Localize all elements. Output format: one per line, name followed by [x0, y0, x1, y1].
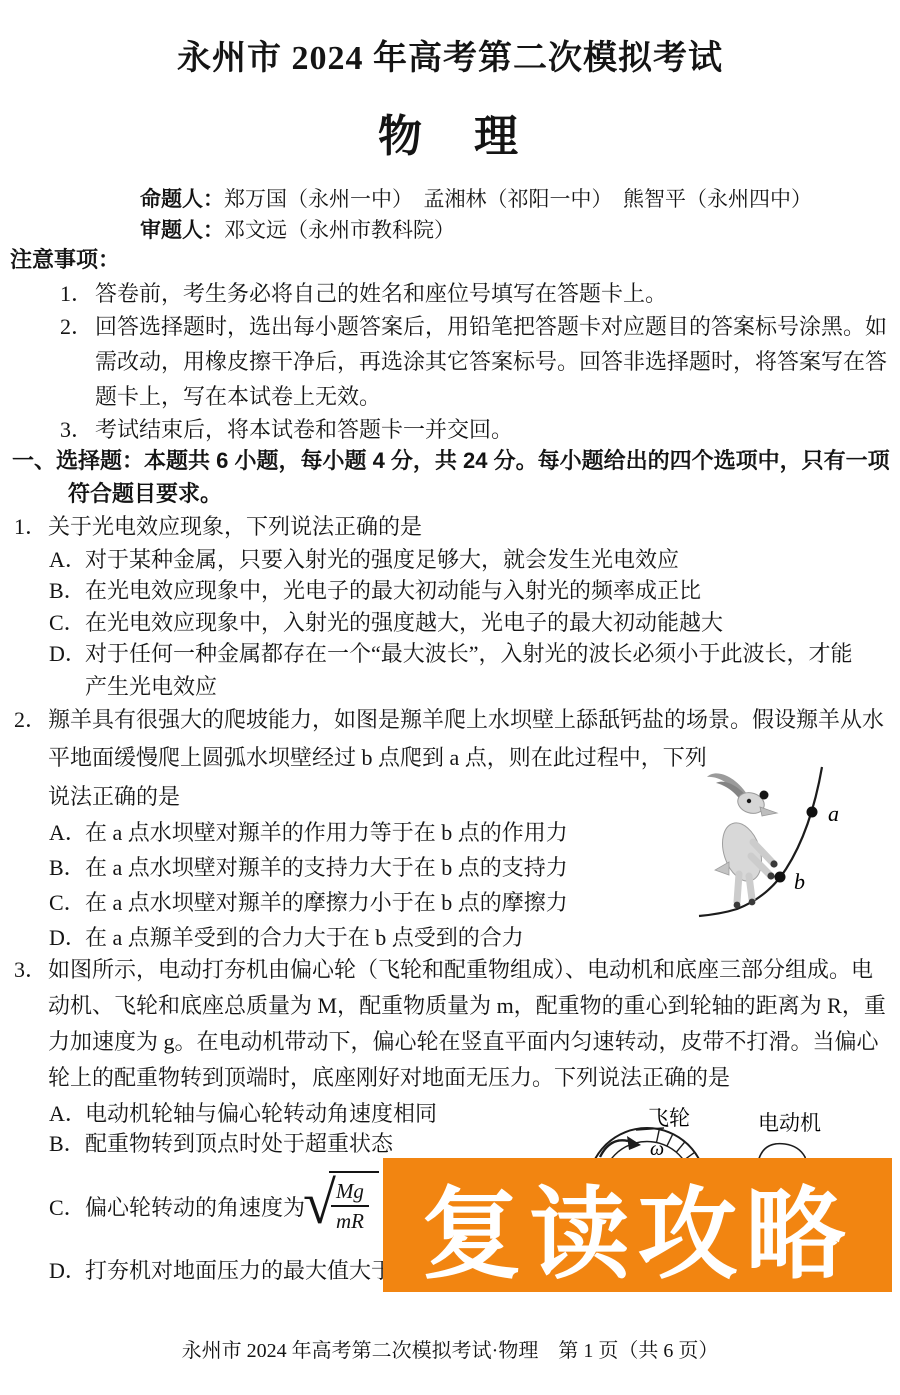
- q3-stem-line-3: 力加速度为 g。在电动机带动下，偏心轮在竖直平面内匀速转动，皮带不打滑。当偏心: [48, 1029, 879, 1055]
- q1-option-a-text: 对于某种金属，只要入射光的强度足够大，就会发生光电效应: [85, 547, 679, 572]
- goat-hind-leg-1: [737, 874, 739, 902]
- notice-item-2-number: 2．: [60, 314, 95, 340]
- notice-item-1-number: 1．: [60, 281, 95, 307]
- fraction: MgmR: [331, 1180, 369, 1232]
- q2-option-a-text: 在 a 点水坝壁对羱羊的作用力等于在 b 点的作用力: [85, 820, 568, 845]
- notice-heading: 注意事项：: [10, 247, 120, 273]
- motor-label: 电动机: [758, 1111, 821, 1135]
- q2-option-a: A．在 a 点水坝壁对羱羊的作用力等于在 b 点的作用力: [49, 820, 568, 846]
- goat-front-hoof-2: [767, 872, 774, 879]
- goat-hind-hoof-1: [734, 902, 741, 909]
- q1-option-b-text: 在光电效应现象中，光电子的最大初动能与入射光的频率成正比: [85, 578, 701, 603]
- q2-option-d: D．在 a 点羱羊受到的合力大于在 b 点受到的合力: [49, 925, 524, 951]
- q3-stem-text-1: 如图所示，电动打夯机由偏心轮（飞轮和配重物组成）、电动机和底座三部分组成。电: [48, 957, 873, 982]
- q1-option-a-letter: A．: [49, 547, 85, 573]
- reviewer-label: 审题人：: [140, 218, 224, 242]
- q1-option-b: B．在光电效应现象中，光电子的最大初动能与入射光的频率成正比: [49, 578, 701, 604]
- point-b-dot: [775, 872, 786, 883]
- notice-item-2-line-3: 题卡上，写在本试卷上无效。: [95, 384, 381, 410]
- exam-paper-page: 永州市 2024 年高考第二次模拟考试 物 理 命题人：郑万国（永州一中） 孟湘…: [0, 0, 900, 1395]
- goat-muzzle: [760, 807, 777, 816]
- goat-illustration: [707, 773, 778, 908]
- setters-names: 郑万国（永州一中） 孟湘林（祁阳一中） 熊智平（永州四中）: [224, 187, 812, 211]
- q1-option-d-text: 对于任何一种金属都存在一个“最大波长”，入射光的波长必须小于此波长，才能: [85, 641, 853, 666]
- q2-stem-line-2: 平地面缓慢爬上圆弧水坝壁经过 b 点爬到 a 点，则在此过程中，下列: [48, 745, 707, 771]
- goat-eye: [747, 799, 751, 803]
- q1-stem: 1．关于光电效应现象，下列说法正确的是: [14, 514, 422, 540]
- goat-hind-leg-2: [749, 876, 752, 899]
- q3-option-b-text: 配重物转到顶点时处于超重状态: [85, 1131, 393, 1156]
- goat-front-hoof-1: [770, 860, 777, 867]
- q3-stem-line-1: 3．如图所示，电动打夯机由偏心轮（飞轮和配重物组成）、电动机和底座三部分组成。电: [14, 957, 873, 983]
- notice-item-2-line-2: 需改动，用橡皮擦干净后，再选涂其它答案标号。回答非选择题时，将答案写在答: [95, 349, 887, 375]
- q1-option-d: D．对于任何一种金属都存在一个“最大波长”，入射光的波长必须小于此波长，才能: [49, 641, 853, 667]
- watermark-banner: 复读攻略: [383, 1158, 892, 1292]
- q3-option-a-text: 电动机轮轴与偏心轮转动角速度相同: [85, 1101, 437, 1126]
- q1-number: 1．: [14, 514, 48, 540]
- q2-stem-line-3: 说法正确的是: [48, 784, 180, 810]
- notice-item-3: 3．考试结束后，将本试卷和答题卡一并交回。: [60, 417, 513, 443]
- q3-option-a-letter: A．: [49, 1101, 85, 1127]
- flywheel-label: 飞轮: [648, 1106, 690, 1130]
- q2-option-c-letter: C．: [49, 890, 85, 916]
- q1-option-c-text: 在光电效应现象中，入射光的强度越大，光电子的最大初动能越大: [85, 610, 723, 635]
- q3-option-a: A．电动机轮轴与偏心轮转动角速度相同: [49, 1101, 437, 1127]
- q3-option-d: D．打夯机对地面压力的最大值大于: [49, 1258, 393, 1284]
- notice-item-3-number: 3．: [60, 417, 95, 443]
- q3-option-d-text: 打夯机对地面压力的最大值大于: [85, 1258, 393, 1283]
- reviewer-name: 邓文远（永州市教科院）: [224, 218, 455, 242]
- q3-number: 3．: [14, 957, 48, 983]
- page-footer: 永州市 2024 年高考第二次模拟考试·物理 第 1 页（共 6 页）: [0, 1334, 900, 1363]
- setters-label: 命题人：: [140, 187, 224, 211]
- q1-option-b-letter: B．: [49, 578, 85, 604]
- q2-option-a-letter: A．: [49, 820, 85, 846]
- q2-dam-goat-figure: a b: [685, 762, 885, 940]
- q1-stem-text: 关于光电效应现象，下列说法正确的是: [48, 514, 422, 539]
- q3-option-d-letter: D．: [49, 1258, 85, 1284]
- q2-option-b-text: 在 a 点水坝壁对羱羊的支持力大于在 b 点的支持力: [85, 855, 568, 880]
- fraction-denominator: mR: [336, 1207, 364, 1232]
- q2-option-d-text: 在 a 点羱羊受到的合力大于在 b 点受到的合力: [85, 925, 524, 950]
- q2-option-b-letter: B．: [49, 855, 85, 881]
- subject-title: 物 理: [0, 100, 900, 164]
- rotation-arrow-head: [627, 1136, 641, 1150]
- goat-nose: [760, 791, 769, 800]
- q1-option-d-letter: D．: [49, 641, 85, 667]
- q2-option-c: C．在 a 点水坝壁对羱羊的摩擦力小于在 b 点的摩擦力: [49, 890, 568, 916]
- q2-stem-text-1: 羱羊具有很强大的爬坡能力，如图是羱羊爬上水坝壁上舔舐钙盐的场景。假设羱羊从水: [48, 707, 884, 732]
- section-heading-line-2: 符合题目要求。: [68, 481, 222, 507]
- q1-option-c-letter: C．: [49, 610, 85, 636]
- reviewer-line: 审题人：邓文远（永州市教科院）: [140, 214, 455, 244]
- notice-item-2-line-1: 2．回答选择题时，选出每小题答案后，用铅笔把答题卡对应题目的答案标号涂黑。如: [60, 314, 887, 340]
- fraction-numerator: Mg: [331, 1180, 369, 1207]
- q3-option-c-formula: √MgmR: [303, 1171, 379, 1235]
- q3-option-c: C．偏心轮转动的角速度为: [49, 1195, 305, 1221]
- q3-option-c-letter: C．: [49, 1195, 85, 1221]
- section-heading-line-1: 一、选择题：本题共 6 小题，每小题 4 分，共 24 分。每小题给出的四个选项…: [12, 448, 890, 474]
- q3-option-b: B．配重物转到顶点时处于超重状态: [49, 1131, 393, 1157]
- notice-item-2-text-1: 回答选择题时，选出每小题答案后，用铅笔把答题卡对应题目的答案标号涂黑。如: [95, 314, 887, 339]
- q3-option-b-letter: B．: [49, 1131, 85, 1157]
- notice-item-3-text: 考试结束后，将本试卷和答题卡一并交回。: [95, 417, 513, 442]
- setters-line: 命题人：郑万国（永州一中） 孟湘林（祁阳一中） 熊智平（永州四中）: [140, 183, 812, 213]
- q3-option-c-text: 偏心轮转动的角速度为: [85, 1195, 305, 1220]
- q2-option-b: B．在 a 点水坝壁对羱羊的支持力大于在 b 点的支持力: [49, 855, 568, 881]
- q2-stem-line-1: 2．羱羊具有很强大的爬坡能力，如图是羱羊爬上水坝壁上舔舐钙盐的场景。假设羱羊从水: [14, 707, 884, 733]
- watermark-text: 复读攻略: [422, 1154, 854, 1298]
- q2-option-d-letter: D．: [49, 925, 85, 951]
- exam-title: 永州市 2024 年高考第二次模拟考试: [0, 30, 900, 79]
- notice-item-1-text: 答卷前，考生务必将自己的姓名和座位号填写在答题卡上。: [95, 281, 667, 306]
- q1-option-a: A．对于某种金属，只要入射光的强度足够大，就会发生光电效应: [49, 547, 679, 573]
- radicand: MgmR: [329, 1171, 379, 1235]
- q1-option-d-wrap: 产生光电效应: [85, 674, 217, 700]
- point-a-label: a: [828, 801, 839, 826]
- notice-item-1: 1．答卷前，考生务必将自己的姓名和座位号填写在答题卡上。: [60, 281, 667, 307]
- q2-number: 2．: [14, 707, 48, 733]
- q1-option-c: C．在光电效应现象中，入射光的强度越大，光电子的最大初动能越大: [49, 610, 723, 636]
- point-a-dot: [807, 807, 818, 818]
- goat-hind-hoof-2: [749, 899, 756, 906]
- q3-stem-line-2: 动机、飞轮和底座总质量为 M，配重物质量为 m，配重物的重心到轮轴的距离为 R，…: [48, 993, 886, 1019]
- q2-option-c-text: 在 a 点水坝壁对羱羊的摩擦力小于在 b 点的摩擦力: [85, 890, 568, 915]
- point-b-label: b: [794, 869, 805, 894]
- goat-tail: [715, 862, 729, 875]
- q3-tamper-figure: ω 飞轮 电动机: [578, 1085, 900, 1162]
